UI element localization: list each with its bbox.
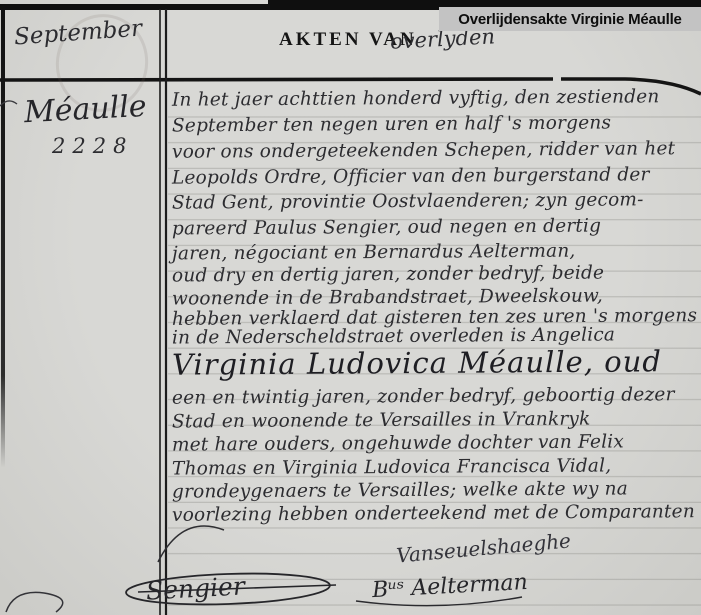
signature-witness-sengier: Sengier	[145, 571, 245, 605]
scanned-death-record: September Méaulle 2228 AKTEN VAN overlyd…	[0, 0, 701, 615]
deed-line: September ten negen uren en half 's morg…	[172, 112, 611, 136]
deed-line: met hare ouders, ongehuwde dochter van F…	[172, 431, 624, 455]
deed-line: Leopolds Ordre, Officier van den burgers…	[172, 164, 650, 188]
caption-banner-title: Overlijdensakte Virginie Méaulle	[458, 11, 681, 28]
margin-surname-label: Méaulle	[23, 89, 147, 130]
deed-line: pareerd Paulus Sengier, oud negen en der…	[172, 216, 601, 240]
caption-banner: Overlijdensakte Virginie Méaulle	[439, 7, 701, 31]
deed-line: Stad Gent, provintie Oostvlaenderen; zyn…	[172, 189, 644, 213]
margin-pen-mark	[0, 101, 17, 106]
deed-line: Thomas en Virginia Ludovica Francisca Vi…	[172, 455, 611, 479]
deed-line: jaren, négociant en Bernardus Aelterman,	[172, 241, 576, 265]
deed-line: oud dry en dertig jaren, zonder bedryf, …	[172, 262, 604, 286]
deed-line: In het jaer achttien honderd vyftig, den…	[172, 86, 660, 110]
corner-flourish	[6, 592, 63, 612]
act-number: 2228	[52, 134, 133, 158]
deed-line: een en twintig jaren, zonder bedryf, geb…	[172, 384, 675, 409]
deed-line: voorlezing hebben onderteekend met de Co…	[172, 501, 695, 526]
deed-line: voor ons ondergeteekenden Schepen, ridde…	[172, 138, 675, 163]
left-edge-line	[1, 6, 5, 468]
deed-line: grondeygenaers te Versailles; welke akte…	[172, 478, 628, 502]
deed-line: Stad en woonende te Versailles in Vrankr…	[172, 409, 591, 433]
deceased-name-line: Virginia Ludovica Méaulle, oud	[172, 344, 662, 381]
